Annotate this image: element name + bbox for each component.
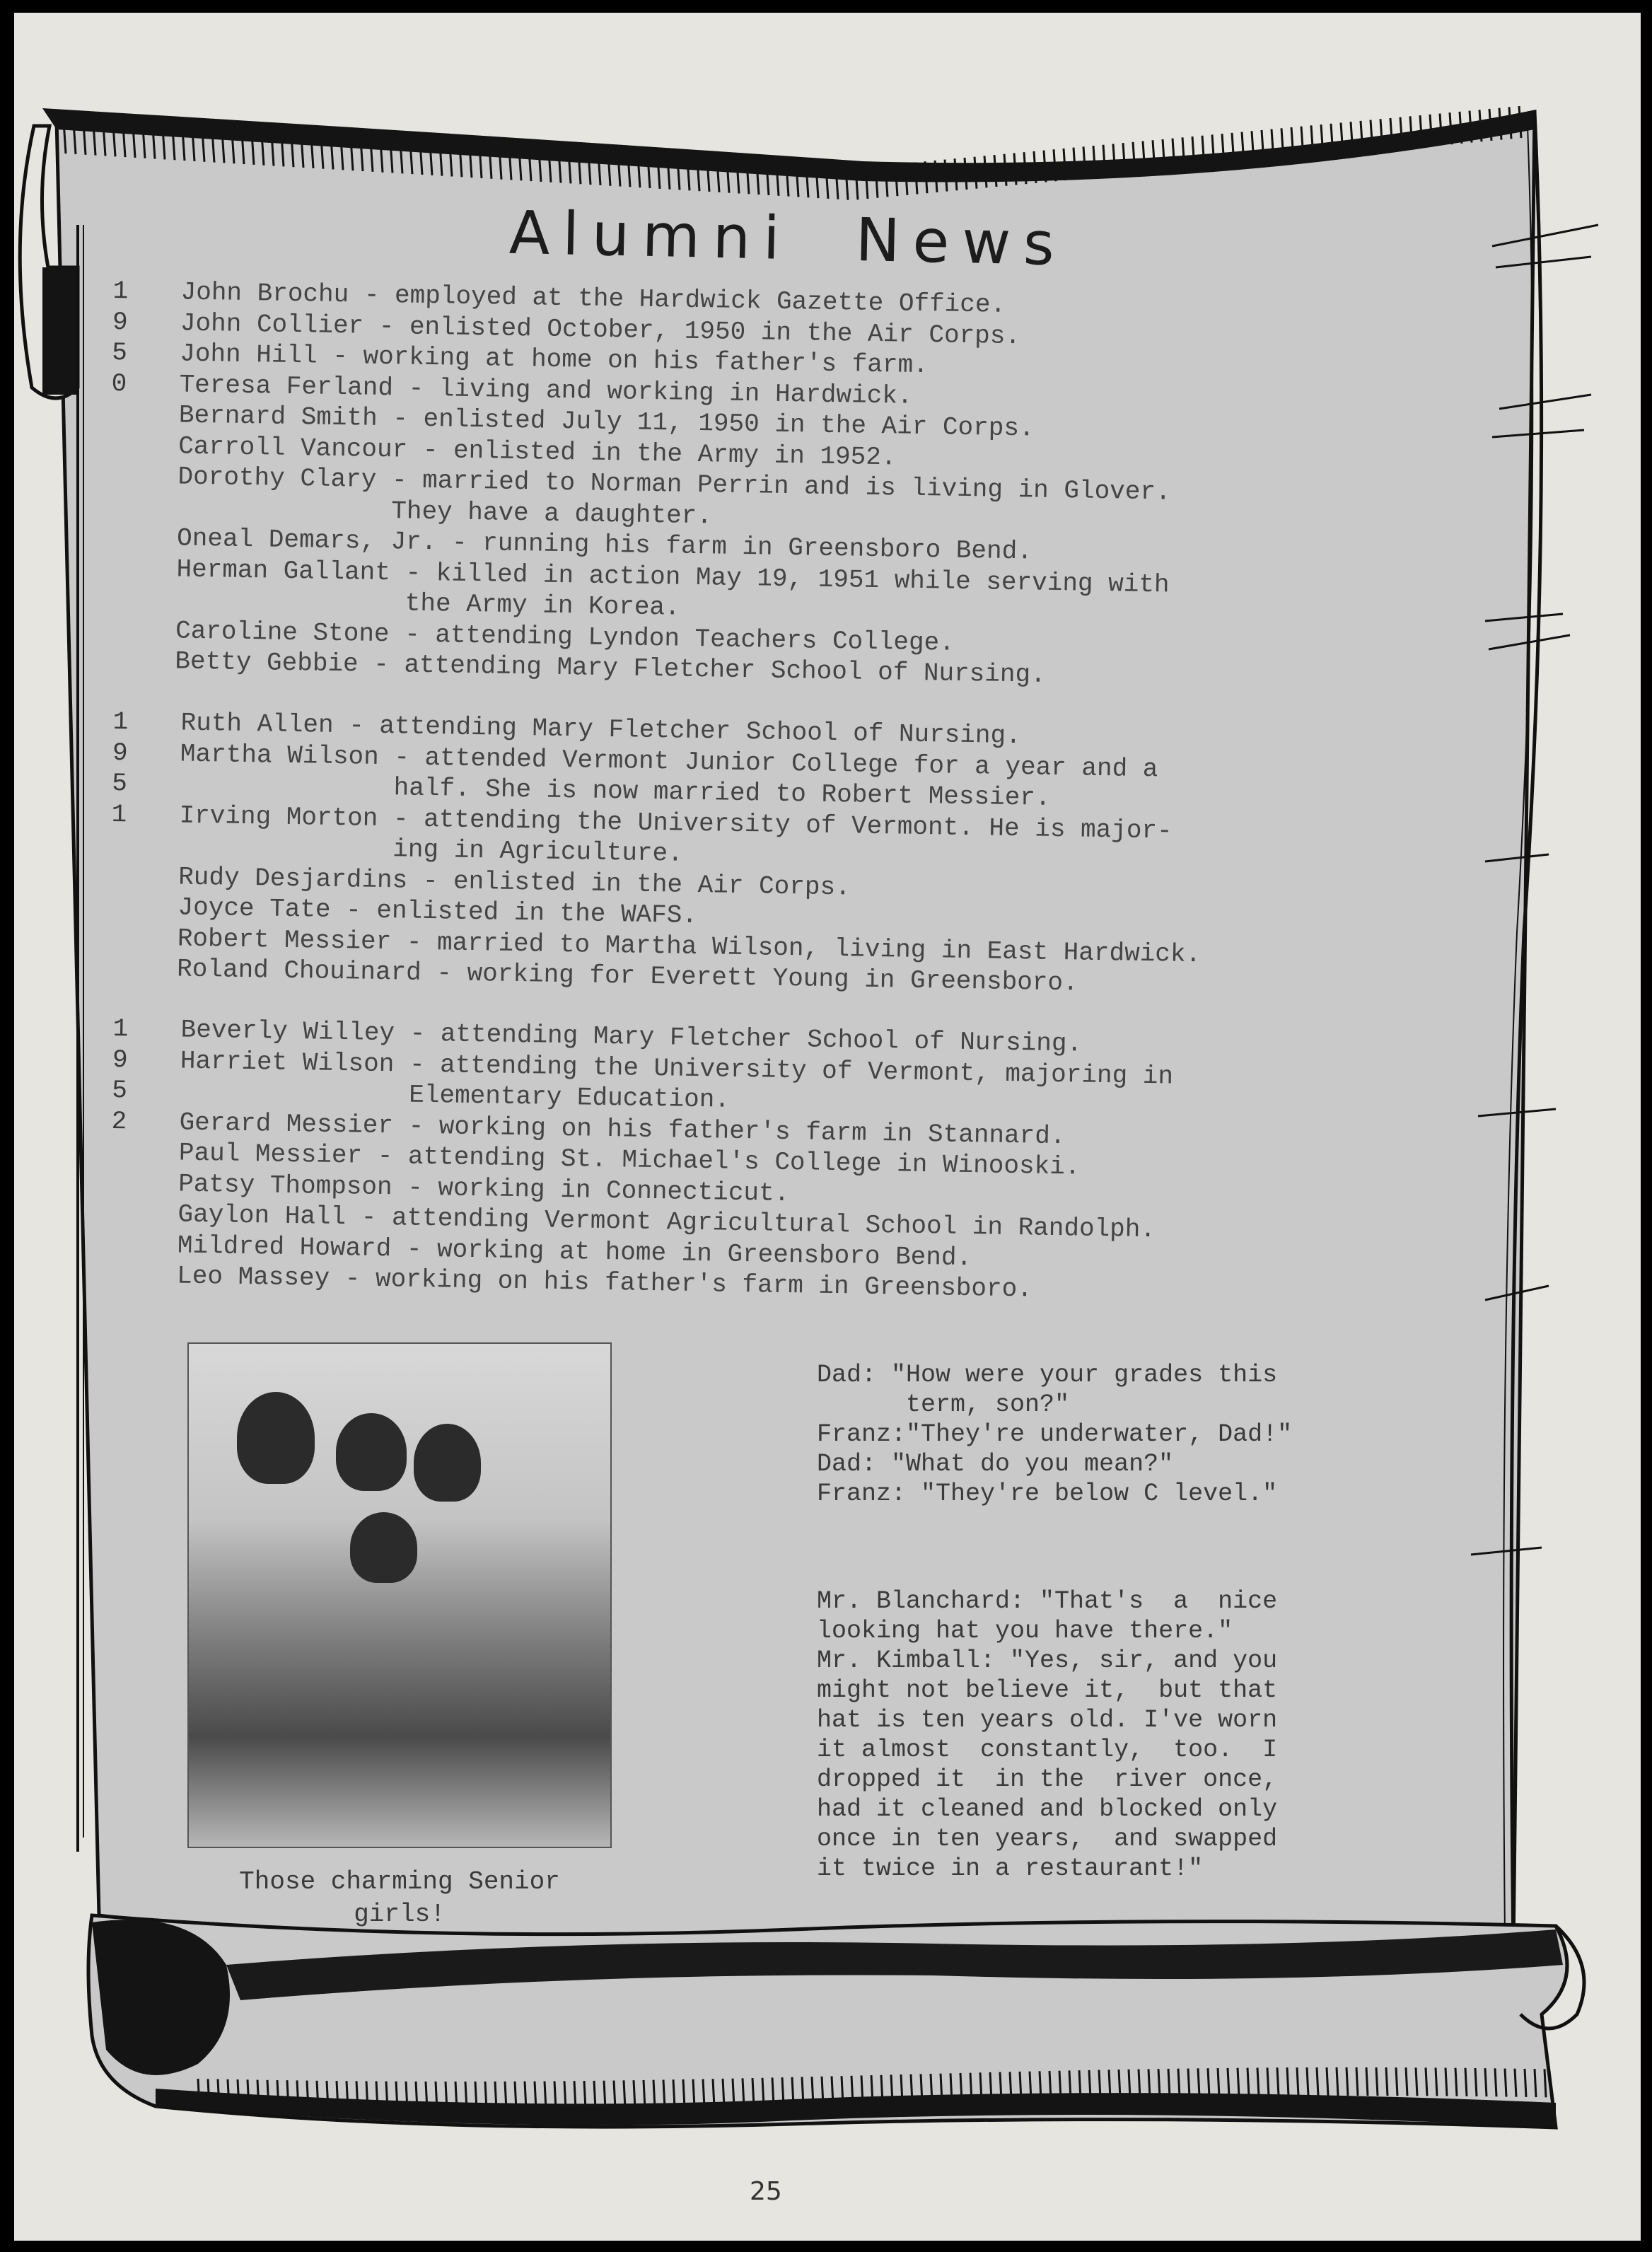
title-word-news: News	[855, 205, 1068, 279]
photo-figure	[237, 1392, 315, 1484]
joke-line: it almost constantly, too. I	[817, 1735, 1397, 1765]
photo-figure	[350, 1512, 417, 1583]
photo-figure	[336, 1413, 407, 1491]
year-digit: 1	[112, 707, 134, 738]
joke-line: looking hat you have there."	[817, 1616, 1397, 1646]
year-digit: 0	[111, 368, 133, 399]
title-word-alumni: Alumni	[508, 198, 793, 273]
photo-caption: Those charming Senior girls!	[187, 1866, 612, 1931]
page-number: 25	[750, 2177, 782, 2206]
senior-girls-photo	[187, 1342, 612, 1848]
class-year-label: 1951	[111, 707, 134, 830]
joke-line: Dad: "How were your grades this	[817, 1360, 1397, 1390]
class-section: 1950John Brochu - employed at the Hardwi…	[107, 276, 1457, 697]
year-digit: 9	[112, 1044, 134, 1075]
page-title: Alumni News	[508, 198, 1068, 279]
photo-figure	[414, 1424, 481, 1502]
joke-line: might not believe it, but that	[817, 1676, 1397, 1705]
yearbook-page: Alumni News 1950John Brochu - employed a…	[14, 13, 1641, 2241]
year-digit: 9	[112, 306, 134, 337]
alumni-news-list: 1950John Brochu - employed at the Hardwi…	[113, 276, 1457, 1321]
year-digit: 1	[112, 1014, 134, 1045]
joke: Dad: "How were your grades this term, so…	[817, 1360, 1397, 1509]
joke-line: dropped it in the river once,	[817, 1765, 1397, 1794]
joke-line: Dad: "What do you mean?"	[817, 1449, 1397, 1479]
year-digit: 5	[112, 337, 134, 368]
joke-line: Franz:"They're underwater, Dad!"	[817, 1420, 1397, 1449]
joke-line: once in ten years, and swapped	[817, 1824, 1397, 1854]
caption-line: Those charming Senior	[187, 1866, 612, 1898]
year-digit: 5	[112, 767, 134, 799]
caption-line: girls!	[187, 1898, 612, 1931]
joke-line: Mr. Kimball: "Yes, sir, and you	[817, 1646, 1397, 1676]
joke-line: Mr. Blanchard: "That's a nice	[817, 1586, 1397, 1616]
joke-line: hat is ten years old. I've worn	[817, 1705, 1397, 1735]
jokes-column: Dad: "How were your grades this term, so…	[817, 1360, 1397, 1961]
year-digit: 5	[112, 1075, 134, 1106]
year-digit: 1	[112, 276, 134, 307]
year-digit: 2	[111, 1105, 133, 1137]
class-year-label: 1952	[111, 1014, 134, 1137]
class-section: 1952Beverly Willey - attending Mary Flet…	[109, 1014, 1457, 1311]
year-digit: 1	[111, 799, 133, 830]
year-digit: 9	[112, 737, 134, 768]
class-section: 1951Ruth Allen - attending Mary Fletcher…	[109, 707, 1457, 1004]
joke-line: term, son?"	[817, 1390, 1397, 1420]
joke-line: had it cleaned and blocked only	[817, 1794, 1397, 1824]
joke-line: Franz: "They're below C level."	[817, 1479, 1397, 1509]
joke: Mr. Blanchard: "That's a nicelooking hat…	[817, 1586, 1397, 1884]
joke-line: it twice in a restaurant!"	[817, 1854, 1397, 1884]
class-year-label: 1950	[111, 276, 134, 399]
